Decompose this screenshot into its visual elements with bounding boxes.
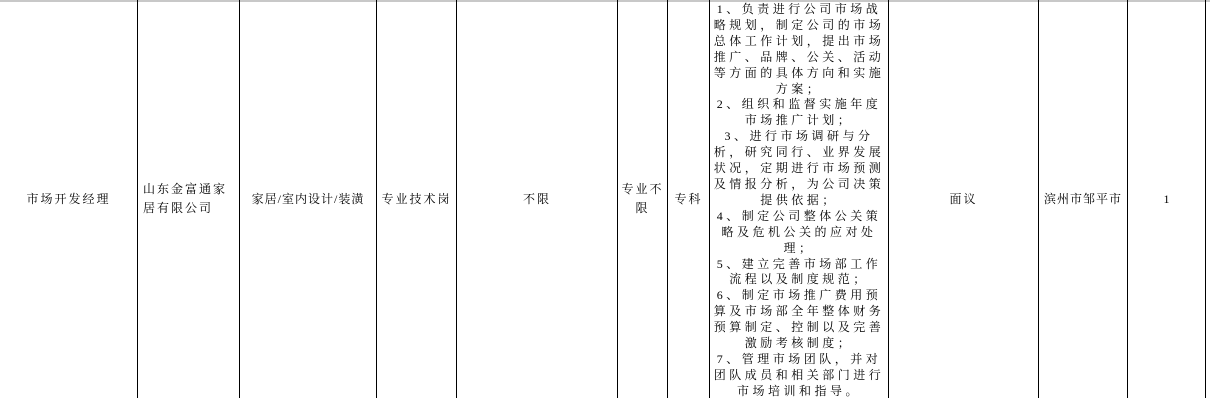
right-margin [1206, 0, 1210, 398]
cell-company: 山东金富通家居有限公司 [138, 0, 240, 398]
location-text: 滨州市邹平市 [1044, 190, 1122, 209]
cell-requirement: 不限 [457, 0, 618, 398]
position-title-text: 市场开发经理 [26, 190, 110, 209]
education-text: 专科 [674, 190, 702, 209]
industry-text: 家居/室内设计/装潢 [252, 190, 365, 209]
cell-salary: 面议 [889, 0, 1039, 398]
cell-industry: 家居/室内设计/装潢 [240, 0, 377, 398]
company-text: 山东金富通家居有限公司 [143, 180, 235, 218]
headcount-text: 1 [1164, 190, 1170, 209]
cell-duties: 1、负责进行公司市场战 略规划，制定公司的市场 总体工作计划，提出市场 推广、品… [710, 0, 889, 398]
cell-major: 专业不限 [618, 0, 668, 398]
major-text: 专业不限 [618, 180, 667, 218]
requirement-text: 不限 [523, 190, 551, 209]
cell-headcount: 1 [1128, 0, 1206, 398]
cell-location: 滨州市邹平市 [1039, 0, 1128, 398]
cell-education: 专科 [668, 0, 710, 398]
post-type-text: 专业技术岗 [381, 190, 451, 209]
job-table-row: 市场开发经理 山东金富通家居有限公司 家居/室内设计/装潢 专业技术岗 不限 专… [0, 0, 1210, 398]
duties-text: 1、负责进行公司市场战 略规划，制定公司的市场 总体工作计划，提出市场 推广、品… [710, 0, 888, 398]
salary-text: 面议 [949, 190, 977, 209]
cell-post-type: 专业技术岗 [377, 0, 457, 398]
cell-position-title: 市场开发经理 [0, 0, 138, 398]
